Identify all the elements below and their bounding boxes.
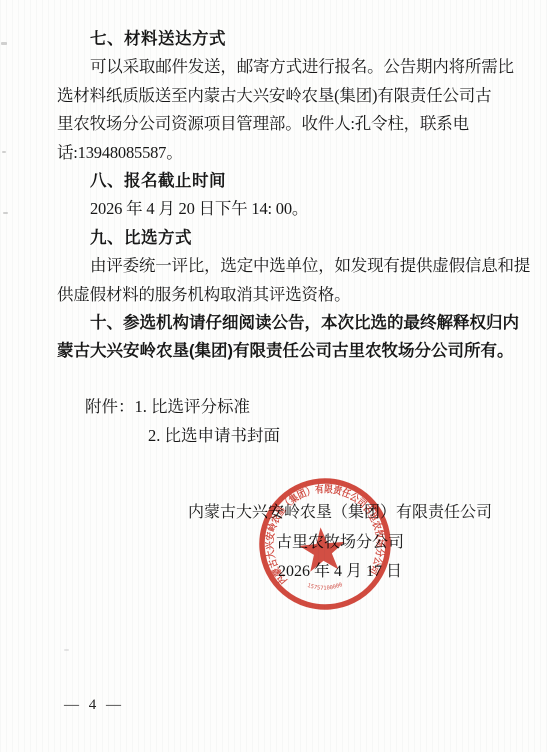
signature-block: 内蒙古大兴安岭农垦（集团）有限责任公司 古里农牧场分公司 2026 年 4 月 … — [188, 498, 492, 587]
scan-speck — [3, 212, 8, 214]
document-page: 七、材料送达方式 可以采取邮件发送，邮寄方式进行报名。公告期内将所需比 选材料纸… — [0, 0, 547, 752]
scan-speck — [1, 42, 7, 45]
paragraph-line: 话:13948085587。 — [57, 139, 497, 167]
section-10-line: 蒙古大兴安岭农垦(集团)有限责任公司古里农牧场分公司所有。 — [57, 337, 497, 365]
signature-company: 内蒙古大兴安岭农垦（集团）有限责任公司 — [188, 498, 492, 528]
paragraph-line: 可以采取邮件发送，邮寄方式进行报名。公告期内将所需比 — [57, 53, 497, 81]
attachments-list: 附件：1. 比选评分标准 2. 比选申请书封面 — [57, 392, 280, 450]
signature-date: 2026 年 4 月 17 日 — [188, 557, 492, 587]
paragraph-line: 选材料纸质版送至内蒙古大兴安岭农垦(集团)有限责任公司古 — [57, 82, 497, 110]
scan-speck — [64, 649, 69, 651]
paragraph-line: 里农牧场分公司资源项目管理部。收件人:孔令柱，联系电 — [57, 110, 497, 138]
section-heading-8: 八、报名截止时间 — [57, 167, 497, 195]
deadline-line: 2026 年 4 月 20 日下午 14: 00。 — [57, 195, 497, 223]
scan-speck — [2, 151, 6, 153]
section-heading-7: 七、材料送达方式 — [57, 25, 497, 53]
section-heading-9: 九、比选方式 — [57, 224, 497, 252]
paragraph-line: 供虚假材料的服务机构取消其评选资格。 — [57, 281, 497, 309]
page-number: — 4 — — [64, 697, 124, 714]
attachment-item: 2. 比选申请书封面 — [57, 421, 280, 450]
document-body: 七、材料送达方式 可以采取邮件发送，邮寄方式进行报名。公告期内将所需比 选材料纸… — [57, 25, 497, 366]
section-10-line: 十、参选机构请仔细阅读公告，本次比选的最终解释权归内 — [57, 309, 497, 337]
signature-branch: 古里农牧场分公司 — [188, 528, 492, 558]
paragraph-line: 由评委统一评比，选定中选单位，如发现有提供虚假信息和提 — [57, 252, 497, 280]
attachment-item: 附件：1. 比选评分标准 — [57, 392, 280, 421]
